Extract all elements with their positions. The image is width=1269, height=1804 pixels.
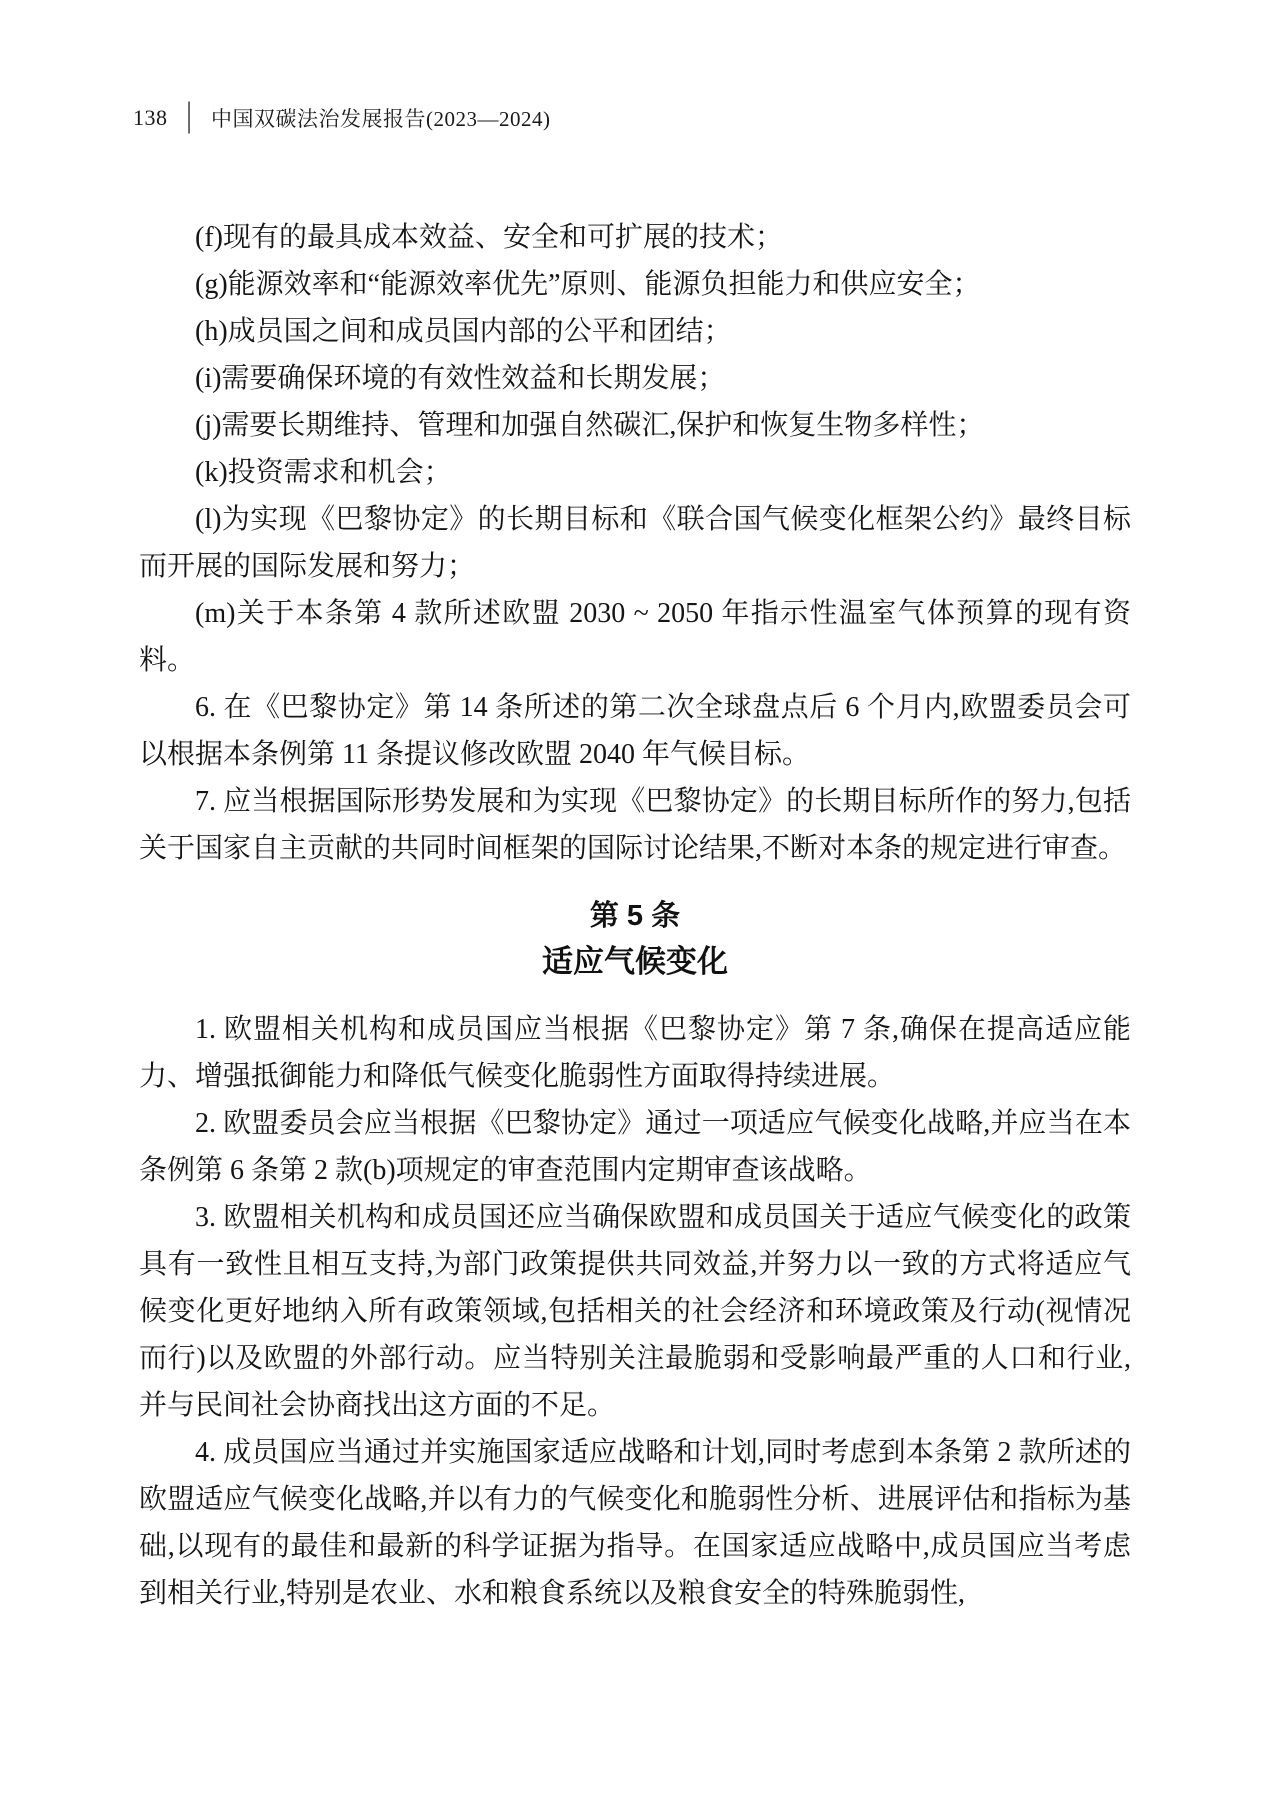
header-divider: │ [181, 103, 199, 133]
book-title: 中国双碳法治发展报告(2023—2024) [211, 103, 551, 133]
paragraph-clause-6: 6. 在《巴黎协定》第 14 条所述的第二次全球盘点后 6 个月内,欧盟委员会可… [139, 684, 1131, 778]
running-header: 138 │ 中国双碳法治发展报告(2023—2024) [133, 103, 551, 133]
article-number-heading: 第 5 条 [139, 894, 1131, 939]
paragraph-item-k: (k)投资需求和机会； [139, 449, 1131, 496]
paragraph-item-m: (m)关于本条第 4 款所述欧盟 2030 ~ 2050 年指示性温室气体预算的… [139, 590, 1131, 684]
paragraph-clause-1: 1. 欧盟相关机构和成员国应当根据《巴黎协定》第 7 条,确保在提高适应能力、增… [139, 1006, 1131, 1100]
paragraph-item-g: (g)能源效率和“能源效率优先”原则、能源负担能力和供应安全； [139, 261, 1131, 308]
paragraph-clause-2: 2. 欧盟委员会应当根据《巴黎协定》通过一项适应气候变化战略,并应当在本条例第 … [139, 1100, 1131, 1194]
paragraph-clause-7: 7. 应当根据国际形势发展和为实现《巴黎协定》的长期目标所作的努力,包括关于国家… [139, 778, 1131, 872]
page-number: 138 [133, 105, 168, 131]
paragraph-clause-3: 3. 欧盟相关机构和成员国还应当确保欧盟和成员国关于适应气候变化的政策具有一致性… [139, 1194, 1131, 1429]
paragraph-item-l: (l)为实现《巴黎协定》的长期目标和《联合国气候变化框架公约》最终目标而开展的国… [139, 496, 1131, 590]
paragraph-item-j: (j)需要长期维持、管理和加强自然碳汇,保护和恢复生物多样性； [139, 402, 1131, 449]
paragraph-clause-4: 4. 成员国应当通过并实施国家适应战略和计划,同时考虑到本条第 2 款所述的欧盟… [139, 1429, 1131, 1617]
paragraph-item-f: (f)现有的最具成本效益、安全和可扩展的技术； [139, 214, 1131, 261]
book-page: 138 │ 中国双碳法治发展报告(2023—2024) (f)现有的最具成本效益… [0, 0, 1269, 1804]
paragraph-item-i: (i)需要确保环境的有效性效益和长期发展； [139, 355, 1131, 402]
paragraph-item-h: (h)成员国之间和成员国内部的公平和团结； [139, 308, 1131, 355]
article-title-heading: 适应气候变化 [139, 939, 1131, 984]
article-heading: 第 5 条 适应气候变化 [139, 894, 1131, 984]
page-body: (f)现有的最具成本效益、安全和可扩展的技术； (g)能源效率和“能源效率优先”… [139, 214, 1131, 1617]
